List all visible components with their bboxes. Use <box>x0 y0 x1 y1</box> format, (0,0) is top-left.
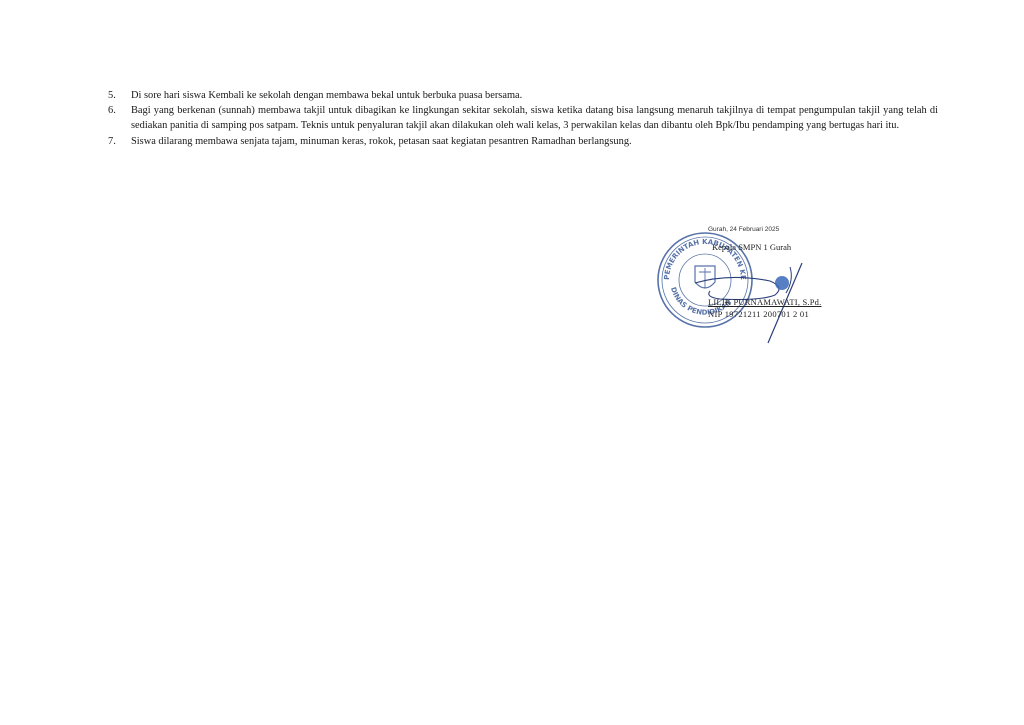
item-number: 6. <box>108 103 131 133</box>
item-text: Di sore hari siswa Kembali ke sekolah de… <box>131 88 938 103</box>
item-number: 7. <box>108 134 131 149</box>
list-item: 5. Di sore hari siswa Kembali ke sekolah… <box>108 88 938 103</box>
item-text: Siswa dilarang membawa senjata tajam, mi… <box>131 134 938 149</box>
signatory-nip: NIP 19721211 200701 2 01 <box>708 309 809 319</box>
list-item: 6. Bagi yang berkenan (sunnah) membawa t… <box>108 103 938 133</box>
list-item: 7. Siswa dilarang membawa senjata tajam,… <box>108 134 938 149</box>
item-text: Bagi yang berkenan (sunnah) membawa takj… <box>131 103 938 133</box>
signatory-name: LILIK PURNAMAWATI, S.Pd. <box>708 297 821 307</box>
item-number: 5. <box>108 88 131 103</box>
place-date: Gurah, 24 Februari 2025 <box>708 226 779 233</box>
rules-list: 5. Di sore hari siswa Kembali ke sekolah… <box>108 88 938 149</box>
signatory-title: Kepala SMPN 1 Gurah <box>712 242 791 252</box>
